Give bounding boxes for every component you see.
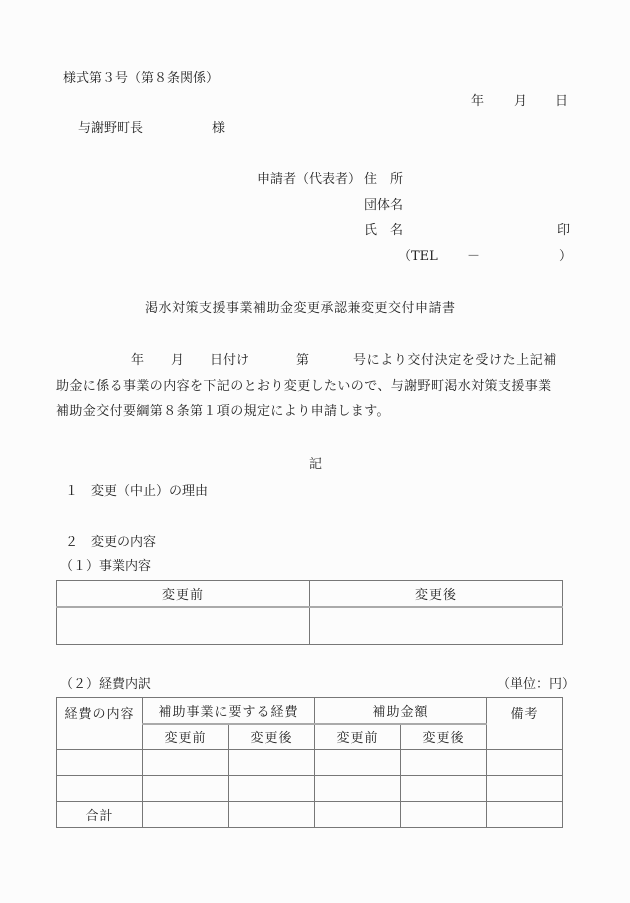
header-subsidy: 補助金額: [315, 698, 487, 724]
cell-content[interactable]: [57, 776, 143, 802]
date-month: 月: [514, 94, 527, 110]
cell-before[interactable]: [57, 607, 310, 645]
header-expenses-before: 変更前: [143, 724, 229, 750]
table-row: [57, 776, 563, 802]
cell-expenses-after[interactable]: [229, 776, 315, 802]
expense-breakdown-table: 経費の内容 補助事業に要する経費 補助金額 備考 変更前 変更後 変更前 変更後…: [56, 697, 563, 828]
addressee-honorific: 様: [212, 121, 225, 137]
body-line3: 補助金交付要綱第８条第１項の規定により申請します。: [56, 404, 390, 420]
seal-mark: 印: [557, 223, 570, 239]
unit-label: （単位：円）: [497, 677, 575, 693]
cell-subsidy-before[interactable]: [315, 776, 401, 802]
total-label: 合計: [57, 802, 143, 828]
section1-heading: １ 変更（中止）の理由: [65, 484, 208, 500]
date-year: 年: [471, 94, 484, 110]
cell-remarks[interactable]: [487, 750, 563, 776]
cell-remarks[interactable]: [487, 776, 563, 802]
cell-subsidy-before[interactable]: [315, 750, 401, 776]
section2-heading: ２ 変更の内容: [65, 535, 156, 551]
header-expenses-after: 変更後: [229, 724, 315, 750]
header-after: 変更後: [310, 581, 563, 607]
cell-expenses-after[interactable]: [229, 750, 315, 776]
total-subsidy-after[interactable]: [401, 802, 487, 828]
header-remarks: 備考: [487, 698, 563, 750]
total-expenses-after[interactable]: [229, 802, 315, 828]
body-line1-rest: 号により交付決定を受けた上記補: [353, 353, 557, 369]
header-subsidy-before: 変更前: [315, 724, 401, 750]
body-line2: 助金に係る事業の内容を下記のとおり変更したいので、与謝野町渇水対策支援事業: [56, 379, 552, 395]
document-title: 渇水対策支援事業補助金変更承認兼変更交付申請書: [145, 301, 456, 317]
address-label: 住 所: [364, 172, 403, 188]
addressee-name: 与謝野町長: [78, 121, 143, 137]
cell-subsidy-after[interactable]: [401, 750, 487, 776]
ki-label: 記: [309, 457, 322, 473]
body-dated: 日付け: [210, 353, 249, 369]
tel-dash: －: [467, 249, 480, 265]
body-year: 年: [131, 353, 144, 369]
total-row: 合計: [57, 802, 563, 828]
cell-after[interactable]: [310, 607, 563, 645]
body-month: 月: [171, 353, 184, 369]
total-subsidy-before[interactable]: [315, 802, 401, 828]
total-expenses-before[interactable]: [143, 802, 229, 828]
sub2-heading: （２）経費内訳: [60, 677, 151, 693]
header-expenses: 補助事業に要する経費: [143, 698, 315, 724]
date-day: 日: [555, 94, 568, 110]
cell-expenses-before[interactable]: [143, 776, 229, 802]
cell-subsidy-after[interactable]: [401, 776, 487, 802]
header-subsidy-after: 変更後: [401, 724, 487, 750]
sub1-heading: （１）事業内容: [60, 559, 151, 575]
cell-content[interactable]: [57, 750, 143, 776]
applicant-label: 申請者（代表者）: [257, 172, 361, 188]
header-content: 経費の内容: [57, 698, 143, 750]
name-label: 氏 名: [364, 223, 403, 239]
tel-open: （TEL: [398, 249, 438, 265]
table-row: [57, 750, 563, 776]
tel-close: ）: [559, 249, 572, 265]
body-no: 第: [296, 353, 309, 369]
form-number: 様式第３号（第８条関係）: [63, 71, 219, 87]
business-content-table: 変更前 変更後: [56, 580, 563, 645]
organization-label: 団体名: [364, 198, 403, 214]
cell-expenses-before[interactable]: [143, 750, 229, 776]
total-remarks[interactable]: [487, 802, 563, 828]
header-before: 変更前: [57, 581, 310, 607]
